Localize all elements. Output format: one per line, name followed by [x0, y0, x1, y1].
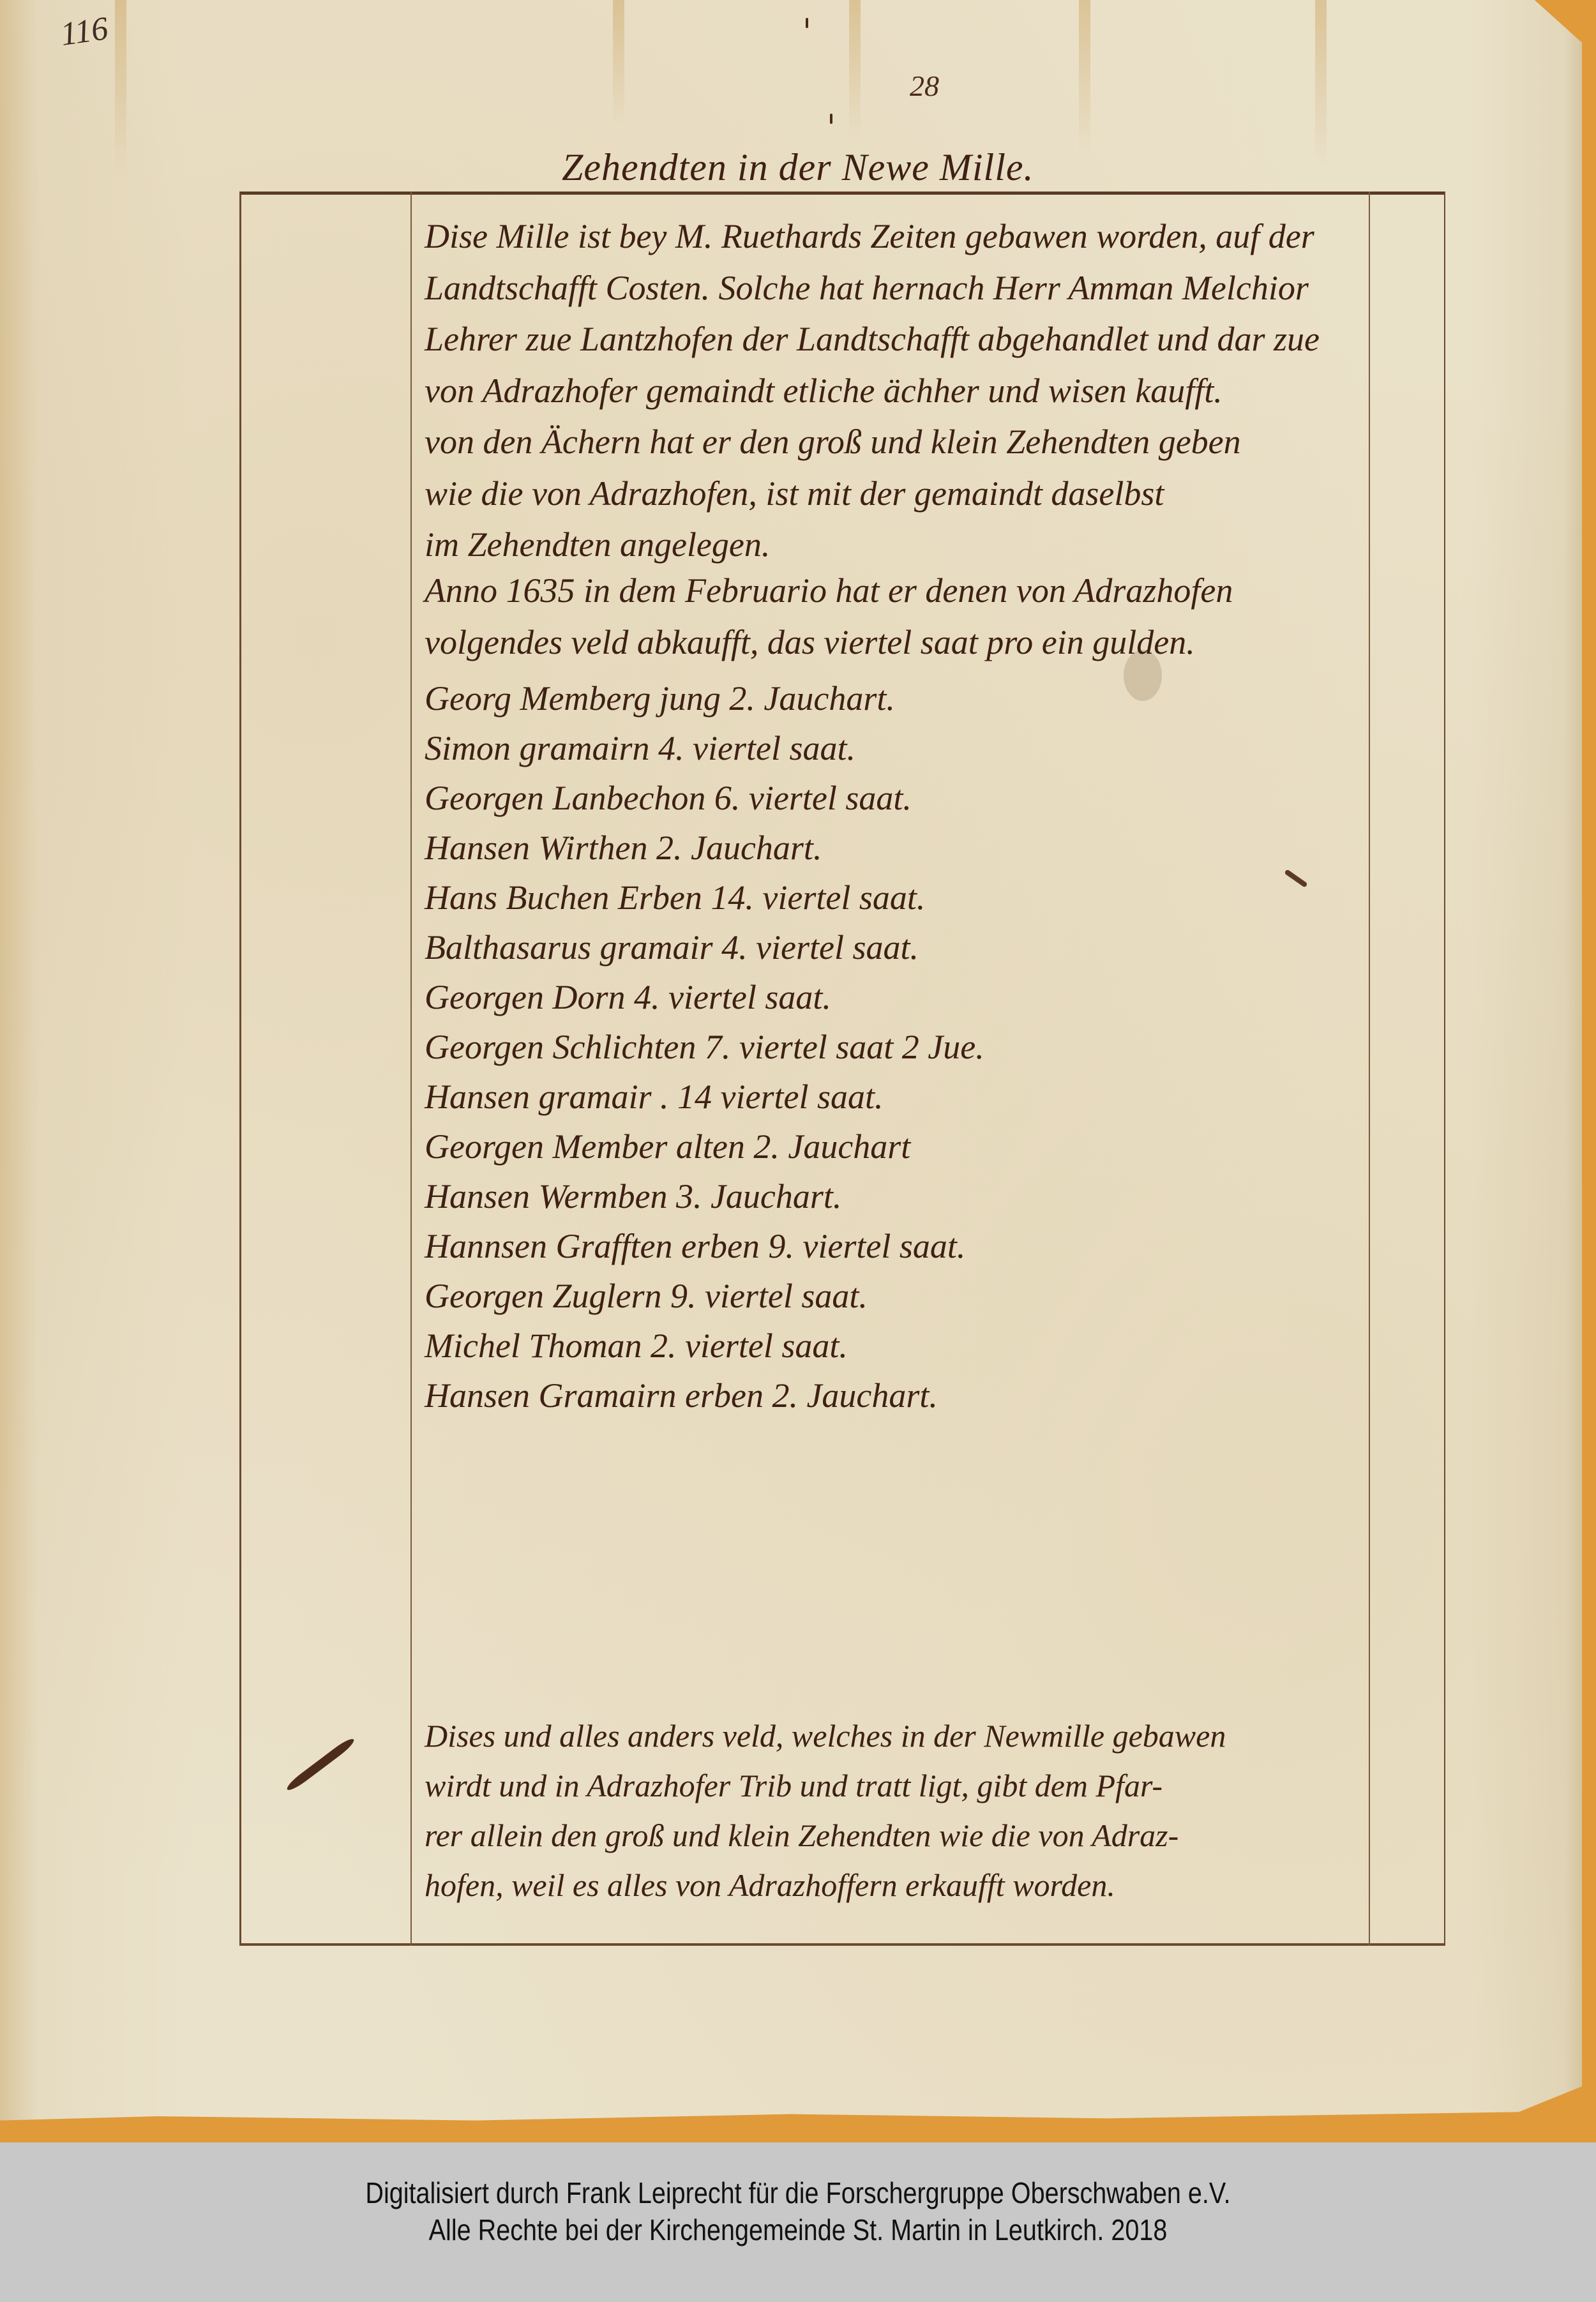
- list-item: Hansen gramair . 14 viertel saat.: [425, 1072, 1420, 1122]
- paper-stain: [1315, 0, 1327, 166]
- text-line: von Adrazhofer gemaindt etliche ächher u…: [425, 365, 1420, 417]
- paragraph-purchase-1635: Anno 1635 in dem Februario hat er denen …: [425, 565, 1420, 668]
- list-item: Michel Thoman 2. viertel saat.: [425, 1321, 1420, 1371]
- list-item: Hansen Wermben 3. Jauchart.: [425, 1171, 1420, 1221]
- text-line: rer allein den groß und klein Zehendten …: [425, 1810, 1420, 1860]
- text-line: Dise Mille ist bey M. Ruethards Zeiten g…: [425, 211, 1420, 262]
- paragraph-tithe-note: Dises und alles anders veld, welches in …: [425, 1711, 1420, 1910]
- text-line: im Zehendten angelegen.: [425, 519, 1420, 571]
- list-item: Georgen Dorn 4. viertel saat.: [425, 972, 1420, 1022]
- page-number: 28: [910, 69, 939, 103]
- frame-rule-outer-right: [1444, 192, 1445, 1946]
- list-item: Balthasarus gramair 4. viertel saat.: [425, 922, 1420, 972]
- paper-stain: [849, 0, 861, 140]
- list-item: Georgen Member alten 2. Jauchart: [425, 1122, 1420, 1171]
- text-line: Landtschafft Costen. Solche hat hernach …: [425, 262, 1420, 314]
- list-item: Hannsen Grafften erben 9. viertel saat.: [425, 1221, 1420, 1271]
- ink-mark: [830, 114, 832, 124]
- paper-stain: [115, 0, 126, 179]
- text-line: Lehrer zue Lantzhofen der Landtschafft a…: [425, 313, 1420, 365]
- paragraph-mill-history: Dise Mille ist bey M. Ruethards Zeiten g…: [425, 211, 1420, 571]
- list-item: Georgen Lanbechon 6. viertel saat.: [425, 773, 1420, 823]
- margin-rule-left: [410, 192, 412, 1946]
- text-line: Anno 1635 in dem Februario hat er denen …: [425, 565, 1420, 617]
- text-line: volgendes veld abkaufft, das viertel saa…: [425, 617, 1420, 668]
- paper-stain: [1079, 0, 1090, 153]
- manuscript-scan: 116 28 Zehendten in der Newe Mille. Dise…: [0, 0, 1596, 2142]
- manuscript-page: 116 28 Zehendten in der Newe Mille. Dise…: [0, 0, 1582, 2129]
- land-entries-list: Georg Memberg jung 2. Jauchart. Simon gr…: [425, 673, 1420, 1420]
- folio-number: 116: [58, 10, 110, 54]
- paper-stain: [613, 0, 624, 128]
- text-line: Dises und alles anders veld, welches in …: [425, 1711, 1420, 1761]
- text-line: hofen, weil es alles von Adrazhoffern er…: [425, 1860, 1420, 1910]
- text-line: wirdt und in Adrazhofer Trib und tratt l…: [425, 1761, 1420, 1810]
- list-item: Georgen Zuglern 9. viertel saat.: [425, 1271, 1420, 1321]
- list-item: Georgen Schlichten 7. viertel saat 2 Jue…: [425, 1022, 1420, 1072]
- list-item: Hansen Wirthen 2. Jauchart.: [425, 823, 1420, 873]
- copyright-footer: Digitalisiert durch Frank Leiprecht für …: [0, 2142, 1596, 2302]
- list-item: Georg Memberg jung 2. Jauchart.: [425, 673, 1420, 723]
- page-heading: Zehendten in der Newe Mille.: [562, 146, 1034, 190]
- ink-mark: [806, 18, 808, 28]
- text-line: wie die von Adrazhofen, ist mit der gema…: [425, 468, 1420, 520]
- list-item: Hansen Gramairn erben 2. Jauchart.: [425, 1371, 1420, 1420]
- list-item: Simon gramairn 4. viertel saat.: [425, 723, 1420, 773]
- footer-rights-notice: Alle Rechte bei der Kirchengemeinde St. …: [112, 2211, 1484, 2248]
- footer-digitization-credit: Digitalisiert durch Frank Leiprecht für …: [112, 2174, 1484, 2211]
- list-item: Hans Buchen Erben 14. viertel saat.: [425, 873, 1420, 922]
- text-line: von den Ächern hat er den groß und klein…: [425, 416, 1420, 468]
